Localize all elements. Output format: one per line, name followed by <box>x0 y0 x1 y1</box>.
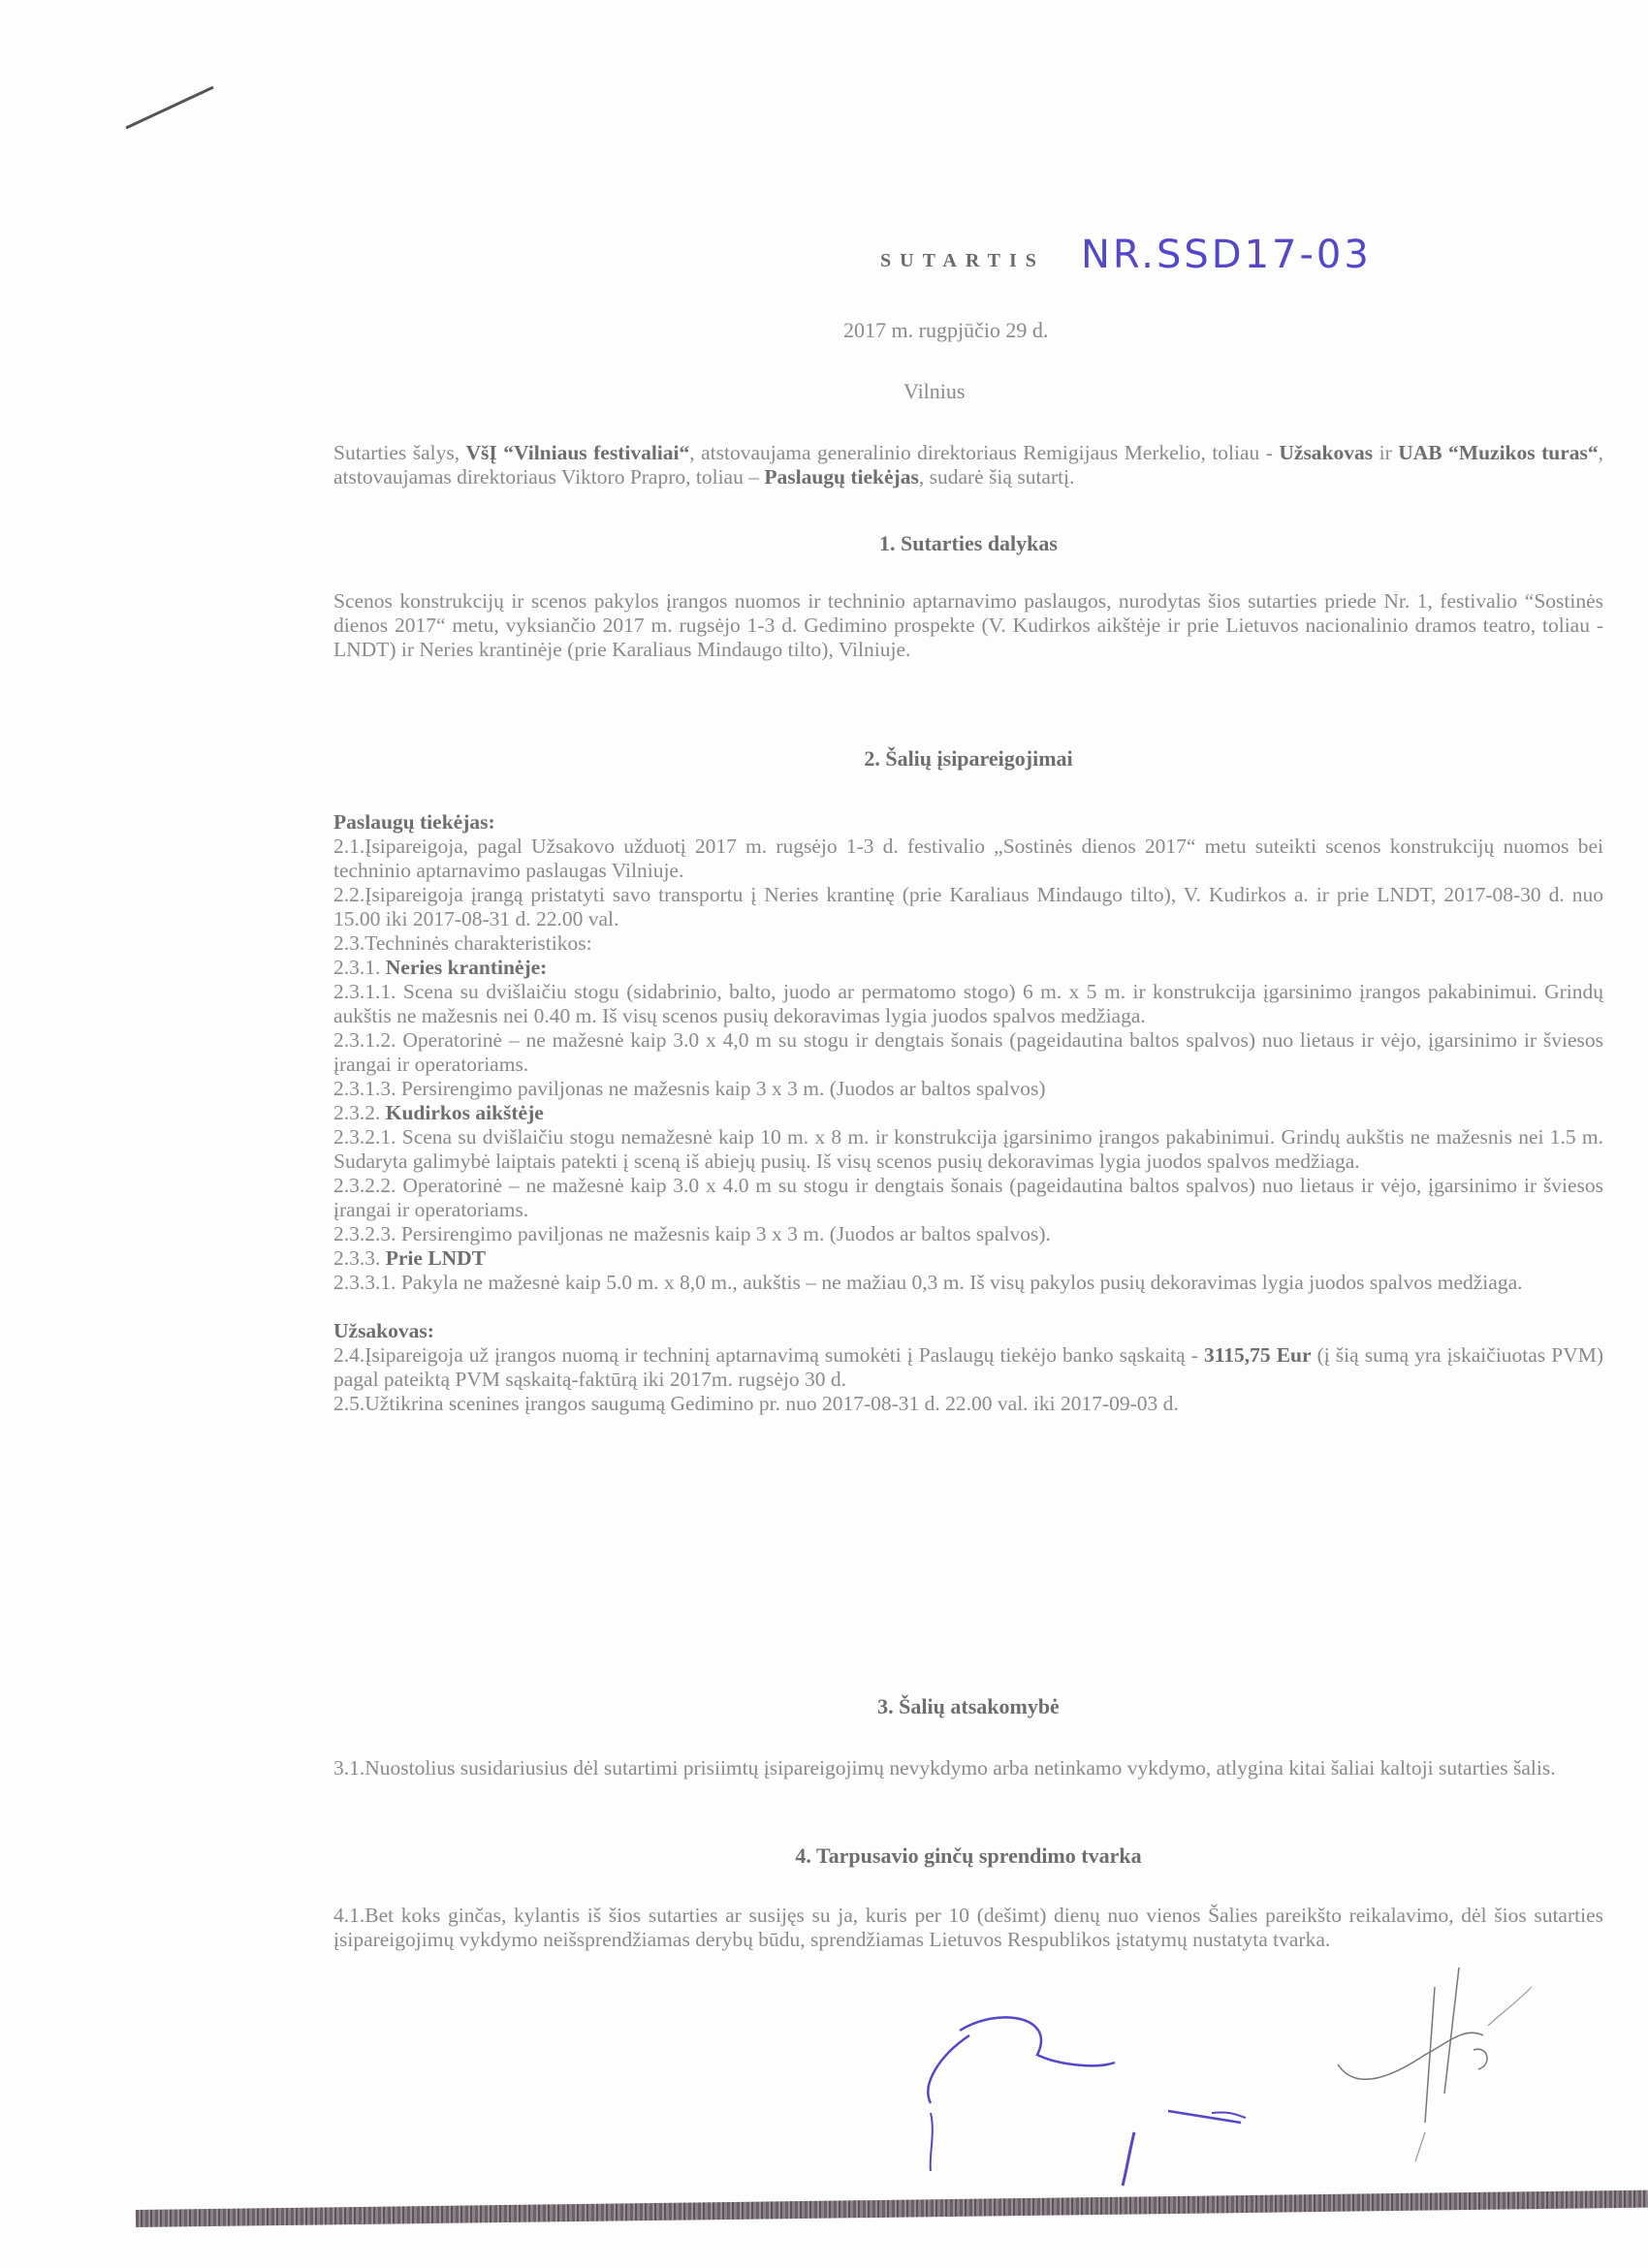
section-1-body: Scenos konstrukcijų ir scenos pakylos įr… <box>333 589 1603 662</box>
clause-2-3-1-2: 2.3.1.2. Operatorinė – ne mažesnė kaip 3… <box>333 1028 1603 1077</box>
clause-2-3-2-1: 2.3.2.1. Scena su dvišlaičiu stogu nemaž… <box>333 1125 1603 1174</box>
clause-2-3-1: 2.3.1. Neries krantinėje: <box>333 956 1603 980</box>
intro-section: Sutarties šalys, VšĮ “Vilniaus festivali… <box>333 441 1603 489</box>
clause-4-1: 4.1.Bet koks ginčas, kylantis iš šios su… <box>333 1904 1603 1952</box>
clause-2-3-2-2: 2.3.2.2. Operatorinė – ne mažesnė kaip 3… <box>333 1174 1603 1222</box>
clause-2-3: 2.3.Techninės charakteristikos: <box>333 931 1603 956</box>
signature-left <box>911 1997 1318 2190</box>
clause-2-3-1-3: 2.3.1.3. Persirengimo paviljonas ne maže… <box>333 1077 1603 1101</box>
section-3-heading: 3. Šalių atsakomybė <box>333 1694 1603 1719</box>
section-1-text: Scenos konstrukcijų ir scenos pakylos įr… <box>333 589 1603 662</box>
clause-2-4: 2.4.Įsipareigoja už įrangos nuomą ir tec… <box>333 1343 1603 1392</box>
clause-2-3-2: 2.3.2. Kudirkos aikštėje <box>333 1101 1603 1125</box>
clause-2-5: 2.5.Užtikrina scenines įrangos saugumą G… <box>333 1392 1603 1416</box>
clause-2-3-3: 2.3.3. Prie LNDT <box>333 1246 1603 1271</box>
pen-mark <box>116 78 223 136</box>
contract-date: 2017 m. rugpjūčio 29 d. <box>843 318 1048 343</box>
contract-city: Vilnius <box>903 379 965 404</box>
section-4-body: 4.1.Bet koks ginčas, kylantis iš šios su… <box>333 1904 1603 1952</box>
document-title: SUTARTIS <box>880 250 1045 271</box>
signature-right <box>1280 1958 1590 2171</box>
handwritten-contract-number: NR.SSD17-03 <box>1081 233 1372 277</box>
clause-3-1: 3.1.Nuostolius susidariusius dėl sutarti… <box>333 1756 1603 1780</box>
clause-2-3-1-1: 2.3.1.1. Scena su dvišlaičiu stogu (sida… <box>333 980 1603 1028</box>
client-label: Užsakovas: <box>333 1319 1603 1343</box>
clause-2-3-2-3: 2.3.2.3. Persirengimo paviljonas ne maže… <box>333 1222 1603 1246</box>
payment-amount: 3115,75 Eur <box>1204 1343 1312 1367</box>
clause-2-3-3-1: 2.3.3.1. Pakyla ne mažesnė kaip 5.0 m. x… <box>333 1271 1603 1295</box>
clause-2-1: 2.1.Įsipareigoja, pagal Užsakovo užduotį… <box>333 835 1603 883</box>
section-2-heading: 2. Šalių įsipareigojimai <box>333 746 1603 772</box>
intro-paragraph: Sutarties šalys, VšĮ “Vilniaus festivali… <box>333 441 1603 489</box>
section-4-heading: 4. Tarpusavio ginčų sprendimo tvarka <box>333 1843 1603 1869</box>
clause-2-2: 2.2.Įsipareigoja įrangą pristatyti savo … <box>333 883 1603 931</box>
section-3-body: 3.1.Nuostolius susidariusius dėl sutarti… <box>333 1756 1603 1780</box>
scan-edge-bar <box>136 2190 1648 2227</box>
section-2-body: Paslaugų tiekėjas: 2.1.Įsipareigoja, pag… <box>333 810 1603 1416</box>
document-title-block: SUTARTIS <box>880 250 1045 272</box>
section-1-heading: 1. Sutarties dalykas <box>333 531 1603 556</box>
supplier-label: Paslaugų tiekėjas: <box>333 810 1603 835</box>
